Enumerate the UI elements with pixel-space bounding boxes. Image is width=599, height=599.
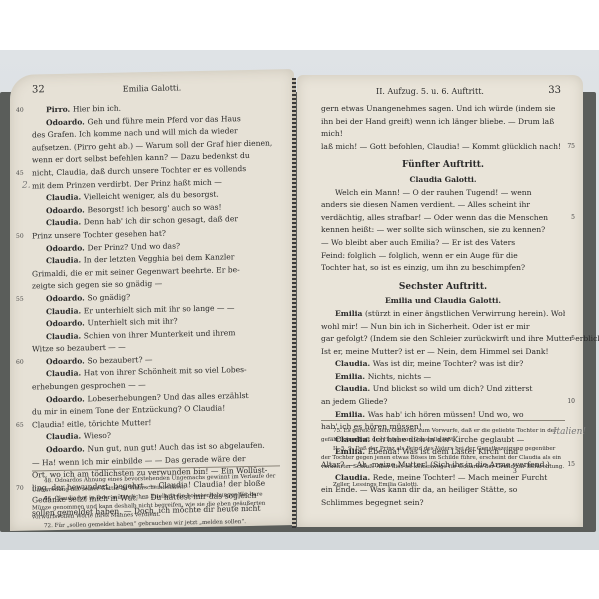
line-text: Lobeserhebungen? Und das alles erzählst <box>87 391 248 403</box>
line-text: (stürzt in einer ängstlichen Verwirrung … <box>365 309 565 318</box>
line-text: So gnädig? <box>87 292 130 302</box>
scene-cast: Emilia und Claudia Galotti. <box>321 295 565 308</box>
line-text: Nun gut, nun gut! Auch das ist so abgela… <box>87 441 264 454</box>
line-text: Was ist dir, meine Tochter? was ist dir? <box>373 359 524 368</box>
line-text: Und blickst so wild um dich? Und zitters… <box>373 384 533 393</box>
text-line: Tochter hat, so ist es einzig, um ihn zu… <box>321 262 565 275</box>
text-line: anders sie diesen Namen verdient. — Alle… <box>321 199 565 212</box>
line-text: gern etwas Unangenehmes sagen. Und ich w… <box>321 104 555 138</box>
line-number: 55 <box>16 294 24 307</box>
speaker-name: Emilia. <box>335 372 368 381</box>
line-text: Welch ein Mann! — O der rauhen Tugend! —… <box>335 188 532 197</box>
line-text: zeigte sich gegen sie so gnädig — <box>32 279 162 291</box>
line-text: Feind: folglich — folglich, wenn er ein … <box>321 251 518 260</box>
text-line: Claudia. Was ist dir, meine Tochter? was… <box>321 358 565 371</box>
text-line: 75laß mich! — Gott befohlen, Claudia! — … <box>321 141 565 154</box>
line-text: Was hab' ich hören müssen! Und wo, wo <box>368 410 524 419</box>
line-text: Tochter hat, so ist es einzig, um ihn zu… <box>321 263 525 272</box>
line-text: Schien von ihrer Munterkeit und ihrem <box>84 328 236 340</box>
line-number: 65 <box>16 420 24 433</box>
speaker-name: Odoardo. <box>46 205 87 215</box>
speaker-name: Odoardo. <box>46 318 87 328</box>
dialogue-text: 40Pirro. Hier bin ich.Odoardo. Geh und f… <box>32 99 280 520</box>
line-text: In der letzten Vegghia bei dem Kanzler <box>84 252 235 264</box>
line-text: Hier bin ich. <box>73 104 121 114</box>
text-line: Welch ein Mann! — O der rauhen Tugend! —… <box>321 187 565 200</box>
line-text: Prinz unsere Tochter gesehen hat? <box>32 229 166 241</box>
line-text: So bezaubert? — <box>87 355 152 365</box>
line-number: 40 <box>16 105 24 118</box>
line-text: Er unterhielt sich mit ihr so lange — — <box>84 303 235 315</box>
text-line: Schlimmes begegnet sein? <box>321 497 565 510</box>
line-text: Ist er, meine Mutter? ist er — Nein, dem… <box>321 347 549 356</box>
line-text: Besorgst! ich besorg' auch so was! <box>87 202 221 214</box>
text-line: Claudia. Und blickst so wild um dich? Un… <box>321 383 565 396</box>
line-text: wohl mir! — Nun bin ich in Sicherheit. O… <box>321 322 530 331</box>
speaker-name: Emilia <box>335 309 365 318</box>
speaker-name: Odoardo. <box>46 117 87 127</box>
line-text: kennen heißt: — wer sollte sich wünschen… <box>321 225 545 234</box>
speaker-name: Odoardo. <box>46 243 87 253</box>
text-line: Feind: folglich — folglich, wenn er ein … <box>321 250 565 263</box>
right-page: II. Aufzug. 5. u. 6. Auftritt. 33 gern e… <box>297 75 583 527</box>
line-number: 60 <box>16 357 24 370</box>
speaker-name: Odoardo. <box>46 444 87 454</box>
pencil-mark: 2. <box>22 181 31 191</box>
line-text: du mir in einem Tone der Entzückung? O C… <box>32 404 225 417</box>
line-text: Hat von ihrer Schönheit mit so viel Lobe… <box>84 365 247 377</box>
line-text: Witze so bezaubert — — <box>32 343 126 354</box>
speaker-name: Claudia. <box>46 331 84 341</box>
speaker-name: Claudia. <box>46 432 84 442</box>
text-line: Emilia. Nichts, nichts — <box>321 371 565 384</box>
line-number: 50 <box>16 231 24 244</box>
speaker-name: Claudia. <box>335 473 373 482</box>
speaker-name: Pirro. <box>46 105 73 115</box>
text-line: Emilia (stürzt in einer ängstlichen Verw… <box>321 308 565 321</box>
speaker-name: Claudia. <box>46 256 84 266</box>
speaker-name: Odoardo. <box>46 293 87 303</box>
footnote: 75. Es gereicht dem Odoardo zum Vorwurfe… <box>321 427 565 445</box>
speaker-name: Emilia. <box>335 410 368 419</box>
page-number: 33 <box>548 85 561 96</box>
line-number: 10 <box>567 396 575 409</box>
line-number: 15 <box>567 459 575 472</box>
line-text: Der Prinz? Und wo das? <box>87 241 180 252</box>
text-line: kennen heißt: — wer sollte sich wünschen… <box>321 224 565 237</box>
speaker-name: Claudia. <box>46 369 84 379</box>
speaker-name: Odoardo. <box>46 394 87 404</box>
book-gutter <box>292 78 296 528</box>
speaker-name: Claudia. <box>335 384 373 393</box>
line-text: mit dem Prinzen verdirbt. Der Prinz haßt… <box>32 177 222 190</box>
scene-title: Sechster Auftritt. <box>321 281 565 294</box>
line-text: Geh und führe mein Pferd vor das Haus <box>87 114 240 126</box>
text-line: — Wo bleibt aber auch Emilia? — Er ist d… <box>321 237 565 250</box>
speaker-name: Claudia. <box>46 193 84 203</box>
text-line: Ist er, meine Mutter? ist er — Nein, dem… <box>321 346 565 359</box>
scene-cast: Claudia Galotti. <box>321 174 565 187</box>
line-text: anders sie diesen Namen verdient. — Alle… <box>321 200 530 209</box>
line-number: 5 <box>571 333 575 346</box>
line-text: Rede, meine Tochter! — Mach meiner Furch… <box>373 473 548 482</box>
text-line: 5verdächtig, alles strafbar! — Oder wenn… <box>321 212 565 225</box>
speaker-name: Claudia. <box>46 306 84 316</box>
line-text: Unterhielt sich mit ihr? <box>87 317 177 328</box>
line-number: 75 <box>567 141 575 154</box>
scene-title: Fünfter Auftritt. <box>321 159 565 172</box>
line-text: verdächtig, alles strafbar! — Oder wenn … <box>321 213 548 222</box>
line-number: 5 <box>571 212 575 225</box>
line-text: — Wo bleibt aber auch Emilia? — Er ist d… <box>321 238 515 247</box>
speaker-name: Odoardo. <box>46 356 87 366</box>
line-number: 70 <box>16 483 24 496</box>
line-text: Nichts, nichts — <box>368 372 431 381</box>
text-line: 5gar gefolgt? (Indem sie den Schleier zu… <box>321 333 565 346</box>
pencil-note: Italien! <box>553 427 586 437</box>
line-text: laß mich! — Gott befohlen, Claudia! — Ko… <box>321 142 561 151</box>
line-number: 45 <box>16 168 24 181</box>
text-line: gern etwas Unangenehmes sagen. Und ich w… <box>321 103 565 141</box>
running-head: Emilia Galotti. <box>10 81 294 96</box>
line-text: an jedem Gliede? <box>321 397 388 406</box>
speaker-name: Claudia. <box>46 218 84 228</box>
line-text: gar gefolgt? (Indem sie den Schleier zur… <box>321 334 599 343</box>
footnotes: 75. Es gereicht dem Odoardo zum Vorwurfe… <box>321 420 565 472</box>
line-text: Denn hab' ich dir schon gesagt, daß der <box>84 215 238 227</box>
running-head: II. Aufzug. 5. u. 6. Auftritt. <box>277 87 583 96</box>
line-text: Vielleicht weniger, als du besorgst. <box>84 190 219 202</box>
footnotes: 48. Odoardos Ahnung eines bevorstehenden… <box>32 465 280 531</box>
line-text: erhebungen gesprochen — — <box>32 380 146 391</box>
text-line: wohl mir! — Nun bin ich in Sicherheit. O… <box>321 321 565 334</box>
line-text: Schlimmes begegnet sein? <box>321 498 424 507</box>
footnote: II. 5, 9. Daß der Prinz als Feind des Va… <box>321 445 565 472</box>
signature-mark: 3 <box>513 468 517 475</box>
speaker-name: Claudia. <box>335 359 373 368</box>
text-line: 10an jedem Gliede? <box>321 396 565 409</box>
line-text: Wieso? <box>84 431 111 441</box>
printer-footer: Zeller, Lessings Emilia Galotti. <box>333 482 419 488</box>
line-text: Claudia! eitle, törichte Mutter! <box>32 418 151 430</box>
left-page: 32 Emilia Galotti. 40Pirro. Hier bin ich… <box>10 69 294 531</box>
